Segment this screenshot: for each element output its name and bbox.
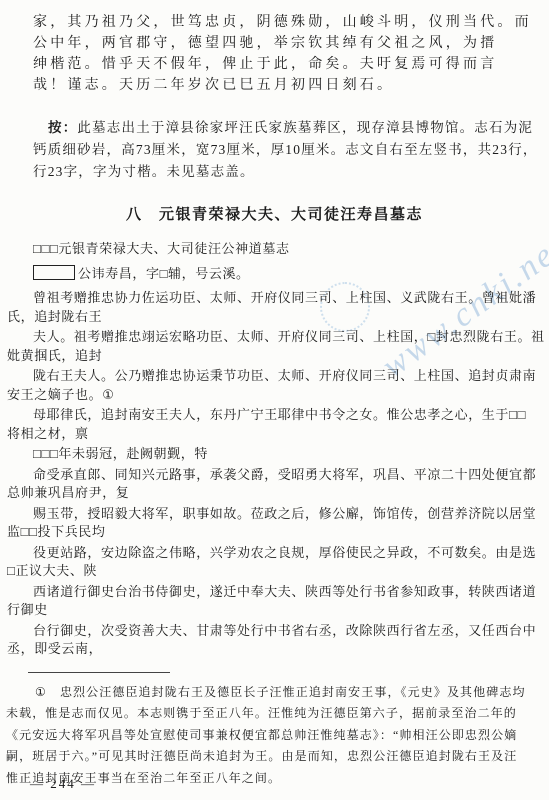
page-content: 家，其乃祖乃父，世笃忠贞，阴德殊勋，山峻斗明，仪刑当代。而公中年，两官郡守，德望… <box>0 12 549 789</box>
continued-paragraph: 家，其乃祖乃父，世笃忠贞，阴德殊勋，山峻斗明，仪刑当代。而公中年，两官郡守，德望… <box>33 12 541 96</box>
intro-text-line: 家，其乃祖乃父，世笃忠贞，阴德殊勋，山峻斗明，仪刑当代。而 <box>33 12 541 33</box>
epitaph-line: 监□□投下兵民均 <box>7 523 545 542</box>
epitaph-line: □□□元银青荣禄大夫、大司徒汪公神道墓志 <box>33 240 545 259</box>
epitaph-line: 将相之材，禀 <box>7 425 545 444</box>
lacuna-box <box>33 265 75 280</box>
editor-note: 按：此墓志出土于漳县徐家坪汪氏家族墓葬区，现存漳县博物馆。志石为泥 钙质细砂岩，… <box>33 117 541 183</box>
note-line: 钙质细砂岩，高73厘米，宽73厘米，厚10厘米。志文自右至左竖书，共23行， <box>33 139 541 161</box>
note-text: 此墓志出土于漳县徐家坪汪氏家族墓葬区，现存漳县博物馆。志石为泥 <box>77 120 533 135</box>
epitaph-line: 命受承直郎、同知兴元路事，承袭父爵，受昭勇大将军，巩昌、平凉二十四处便宜都 <box>33 466 545 485</box>
epitaph-line: 安王之嫡子也。① <box>7 386 545 405</box>
footnote-line: ① 忠烈公汪德臣追封陇右王及德臣长子汪惟正追封南安王事，《元史》及其他碑志均 <box>6 682 545 704</box>
page-number: — 244 — <box>30 776 96 792</box>
note-line: 按：此墓志出土于漳县徐家坪汪氏家族墓葬区，现存漳县博物馆。志石为泥 <box>33 117 541 139</box>
note-label: 按： <box>48 120 77 135</box>
epitaph-line: □正议大夫、陕 <box>7 562 545 581</box>
footnote-line: 《元安远大将军巩昌等处宣慰使司事兼权便宜都总帅汪惟纯墓志》：“帅相汪公即忠烈公嫡 <box>6 725 545 747</box>
epitaph-line: 行御史 <box>7 601 545 620</box>
epitaph-line: 陇右王夫人。公乃赠推忠协运秉节功臣、太师、开府仪同三司、上柱国、追封贞肃南 <box>33 367 545 386</box>
epitaph-line: 台行御史，次受资善大夫、甘肃等处行中书省右丞，改除陕西行省左丞，又任西台中 <box>33 622 545 641</box>
epitaph-line: 公讳寿昌，字□辅，号云溪。 <box>33 265 545 284</box>
intro-text-line: 公中年，两官郡守，德望四驰，举宗钦其绰有父祖之风，为搢 <box>33 33 541 54</box>
section-heading: 八 元银青荣禄大夫、大司徒汪寿昌墓志 <box>0 205 549 225</box>
epitaph-line: 氏，追封陇右王 <box>7 308 545 327</box>
epitaph-line: 赐玉带，授昭毅大将军，职事如故。莅政之后，修公廨，饰馆传，创营养济院以居堂 <box>33 505 545 524</box>
epitaph-line: 夫人。祖考赠推忠翊运宏略功臣、太师、开府仪同三司、上柱国，□封忠烈陇右王。祖 <box>33 328 545 347</box>
epitaph-line: 母耶律氏，追封南安王夫人，东丹广宁王耶律中书令之女。惟公忠孝之心，生于□□ <box>33 406 545 425</box>
epitaph-line: 总帅兼巩昌府尹，复 <box>7 484 545 503</box>
footnotes: ① 忠烈公汪德臣追封陇右王及德臣长子汪惟正追封南安王事，《元史》及其他碑志均未载… <box>6 682 545 790</box>
epitaph-transcription: □□□元银青荣禄大夫、大司徒汪公神道墓志公讳寿昌，字□辅，号云溪。曾祖考赠推忠协… <box>33 240 545 659</box>
footnote-rule <box>28 672 170 673</box>
footnote-line: 嗣，班居于六。”可见其时汪德臣尚未追封为王。由是而知，忠烈公汪德臣追封陇右王及汪 <box>6 746 545 768</box>
epitaph-line: 曾祖考赠推忠协力佐运功臣、太师、开府仪同三司、上柱国、义武陇右王。曾祖妣潘 <box>33 289 545 308</box>
epitaph-line: 役更站路，安边除盗之伟略，兴学劝农之良规，厚俗使民之异政，不可数矣。由是选 <box>33 544 545 563</box>
book-page: www.cnki.net 家，其乃祖乃父，世笃忠贞，阴德殊勋，山峻斗明，仪刑当代… <box>0 0 549 800</box>
intro-text-line: 哉！谨志。天历二年岁次已巳五月初四日刻石。 <box>33 75 541 96</box>
note-line: 行23字，字为寸楷。未见墓志盖。 <box>33 161 541 183</box>
epitaph-line: □□□年未弱冠，赴阙朝觐，特 <box>33 445 545 464</box>
footnote-line: 未载，惟是志而仅见。本志则镌于至正八年。汪惟纯为汪德臣第六子，据前录至治二年的 <box>6 703 545 725</box>
epitaph-line: 丞，即受云南， <box>7 640 545 659</box>
epitaph-line: 妣黄掴氏，追封 <box>7 347 545 366</box>
intro-text-line: 绅楷范。惜乎天不假年，俾止于此，命矣。夫吁复焉可得而言 <box>33 54 541 75</box>
epitaph-line: 西诸道行御史台治书侍御史，遂迁中奉大夫、陕西等处行书省参知政事，转陕西诸道 <box>33 583 545 602</box>
